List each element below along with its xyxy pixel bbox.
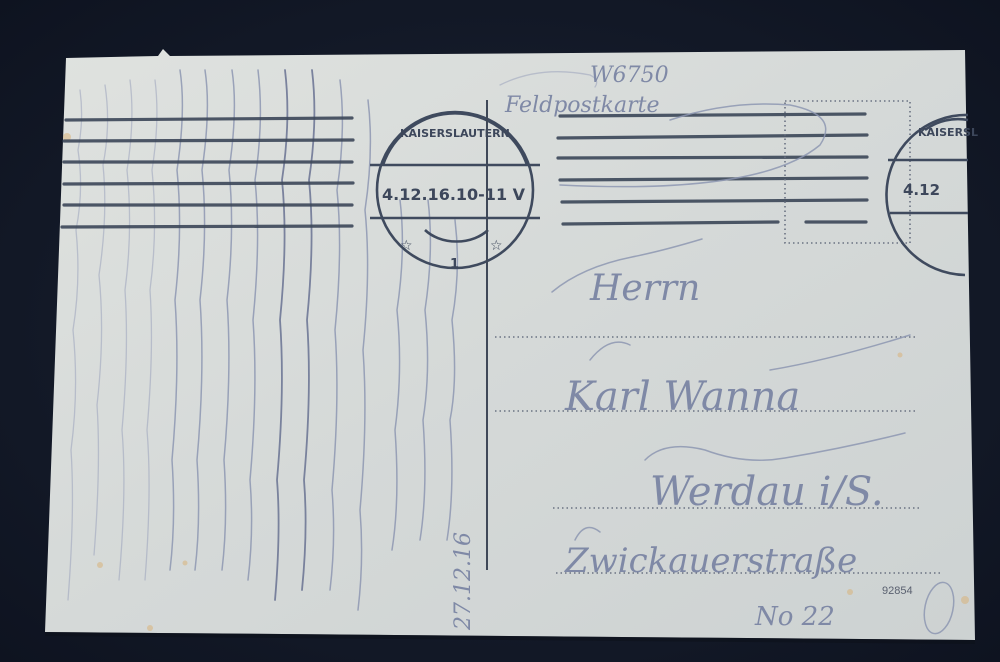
svg-text:☆: ☆ xyxy=(490,238,503,254)
address-street: Zwickauerstraße xyxy=(564,541,857,581)
postcard-back: 27.12.16 KAISERSLAUTERN 4.12.16.10-11 V … xyxy=(0,0,1000,662)
postcard: 27.12.16 KAISERSLAUTERN 4.12.16.10-11 V … xyxy=(0,0,1000,662)
catalog-number: W6750 xyxy=(590,63,669,88)
printer-number: 92854 xyxy=(882,585,913,597)
postmark-place: KAISERSLAUTERN xyxy=(400,127,510,140)
address-city: Werdau i/S. xyxy=(650,469,884,515)
address-salutation: Herrn xyxy=(589,268,700,309)
address-house-number: No 22 xyxy=(754,602,835,632)
svg-text:☆: ☆ xyxy=(400,238,413,254)
postmark-number: 1 xyxy=(450,257,459,272)
postmark-date: 4.12.16.10-11 V xyxy=(382,185,526,204)
message-date: 27.12.16 xyxy=(451,532,476,631)
postmark-right-place: KAISERSL xyxy=(918,126,978,139)
postmark-right-date: 4.12 xyxy=(903,181,940,199)
address-name: Karl Wanna xyxy=(564,374,800,420)
